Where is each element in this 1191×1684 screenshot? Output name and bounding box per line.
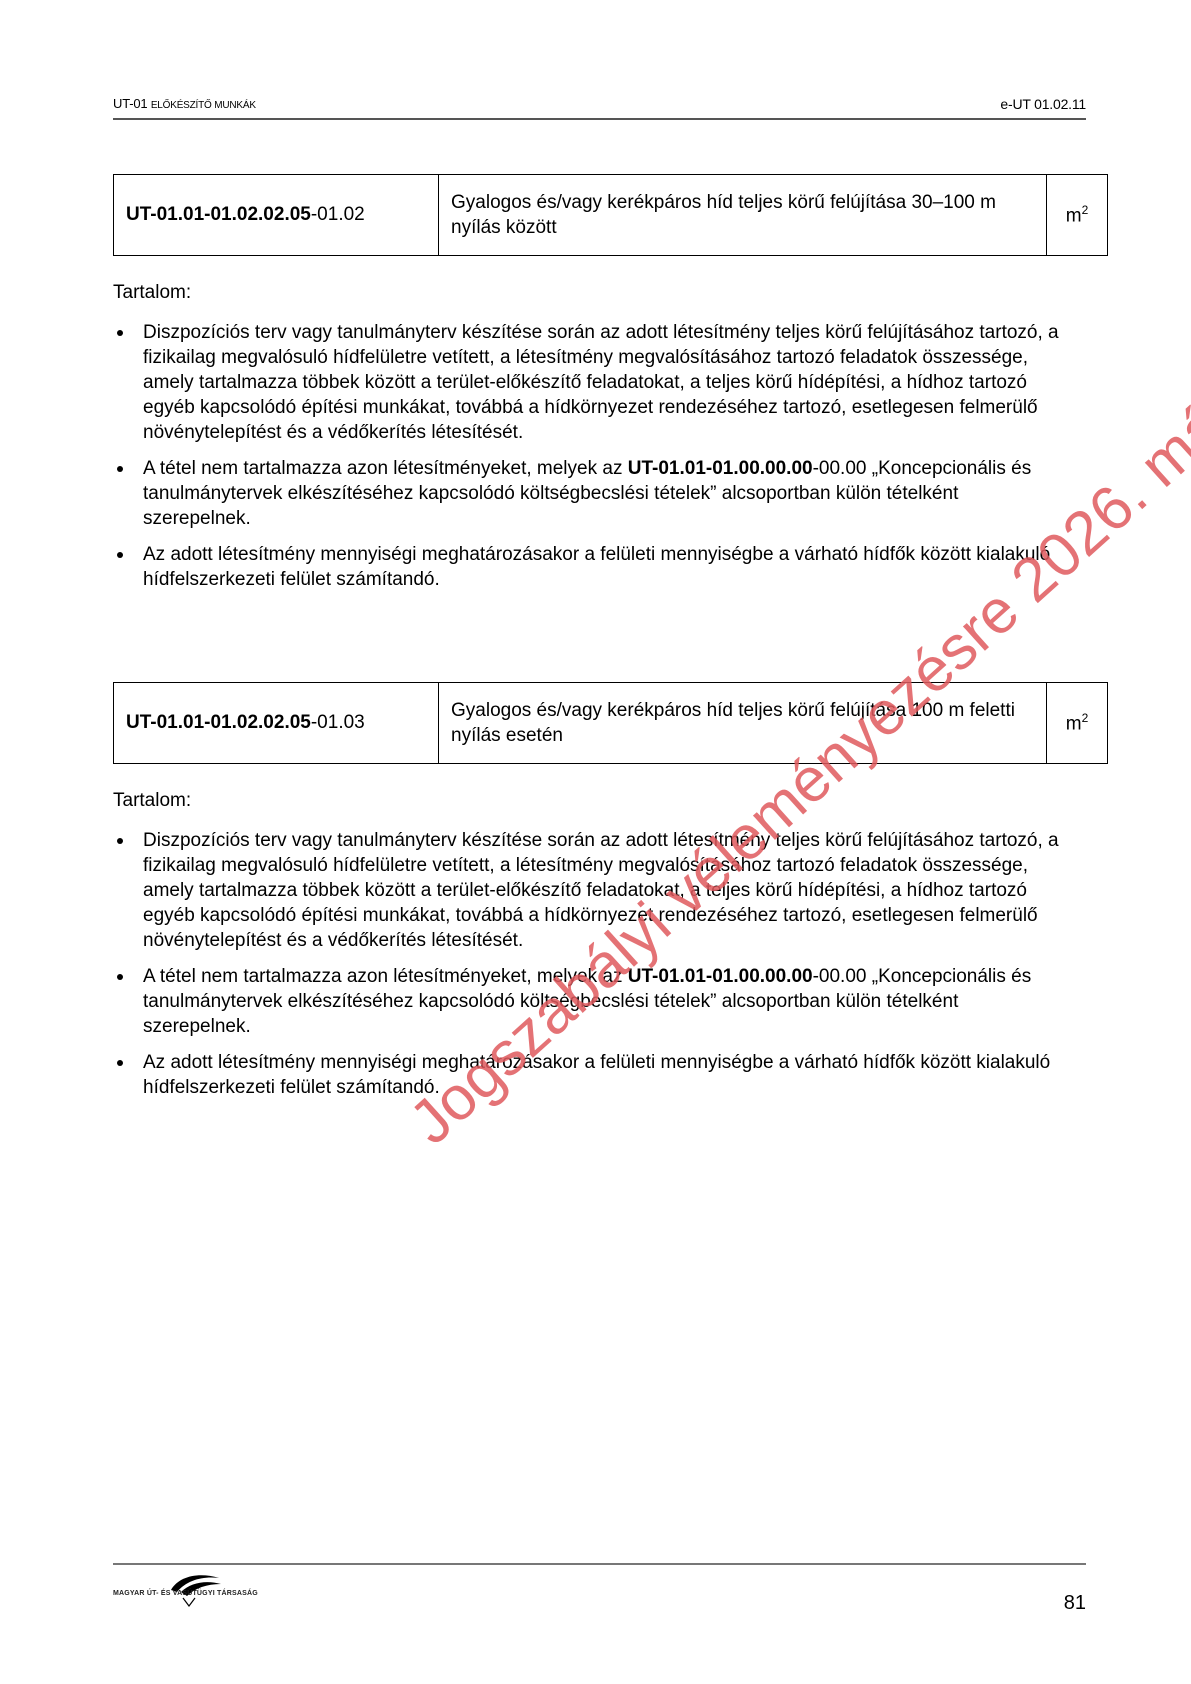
logo-text: MAGYAR ÚT- ÉS VASÚTÜGYI TÁRSASÁG <box>113 1590 258 1597</box>
bullet-code: UT-01.01-01.00.00.00 <box>628 966 813 987</box>
item-unit: m2 <box>1047 683 1108 764</box>
item-code: UT-01.01-01.02.02.05-01.03 <box>114 683 439 764</box>
item-description: Gyalogos és/vagy kerékpáros híd teljes k… <box>439 683 1047 764</box>
header-prefix: UT-01 <box>113 96 151 111</box>
bullet-text: A tétel nem tartalmazza azon létesítmény… <box>143 966 628 987</box>
item-code-bold: UT-01.01-01.02.02.05 <box>126 204 311 225</box>
unit-exponent: 2 <box>1082 711 1089 725</box>
content-bullets-2: Diszpozíciós terv vagy tanulmányterv kés… <box>113 828 1063 1111</box>
bullet-item: A tétel nem tartalmazza azon létesítmény… <box>113 456 1063 531</box>
bullet-item: Diszpozíciós terv vagy tanulmányterv kés… <box>113 828 1063 953</box>
header-smallcaps: ELŐKÉSZÍTŐ MUNKÁK <box>151 100 256 111</box>
bullet-text: Az adott létesítmény mennyiségi meghatár… <box>143 1052 1050 1098</box>
item-code-suffix: -01.03 <box>311 712 365 733</box>
content-label: Tartalom: <box>113 282 191 304</box>
header-doc-id: e-UT 01.02.11 <box>1000 96 1086 112</box>
unit-exponent: 2 <box>1082 203 1089 217</box>
unit-base: m <box>1066 205 1082 226</box>
item-table-2: UT-01.01-01.02.02.05-01.03 Gyalogos és/v… <box>113 682 1108 764</box>
bullet-text: A tétel nem tartalmazza azon létesítmény… <box>143 458 628 479</box>
bullet-item: Az adott létesítmény mennyiségi meghatár… <box>113 542 1063 592</box>
bullet-text: Diszpozíciós terv vagy tanulmányterv kés… <box>143 830 1059 951</box>
item-code-suffix: -01.02 <box>311 204 365 225</box>
item-unit: m2 <box>1047 175 1108 256</box>
content-bullets-1: Diszpozíciós terv vagy tanulmányterv kés… <box>113 320 1063 603</box>
society-logo: MAGYAR ÚT- ÉS VASÚTÜGYI TÁRSASÁG <box>113 1572 293 1612</box>
unit-base: m <box>1066 713 1082 734</box>
content-label: Tartalom: <box>113 790 191 812</box>
bullet-item: Az adott létesítmény mennyiségi meghatár… <box>113 1050 1063 1100</box>
header-section-title: UT-01 ELŐKÉSZÍTŐ MUNKÁK <box>113 96 256 111</box>
document-page: UT-01 ELŐKÉSZÍTŐ MUNKÁK e-UT 01.02.11 UT… <box>0 0 1191 1684</box>
item-description: Gyalogos és/vagy kerékpáros híd teljes k… <box>439 175 1047 256</box>
page-number: 81 <box>1064 1592 1086 1615</box>
bullet-item: Diszpozíciós terv vagy tanulmányterv kés… <box>113 320 1063 445</box>
item-code: UT-01.01-01.02.02.05-01.02 <box>114 175 439 256</box>
page-header: UT-01 ELŐKÉSZÍTŐ MUNKÁK e-UT 01.02.11 <box>113 96 1086 120</box>
bullet-code: UT-01.01-01.00.00.00 <box>628 458 813 479</box>
bullet-item: A tétel nem tartalmazza azon létesítmény… <box>113 964 1063 1039</box>
bullet-text: Az adott létesítmény mennyiségi meghatár… <box>143 544 1050 590</box>
item-code-bold: UT-01.01-01.02.02.05 <box>126 712 311 733</box>
footer-divider <box>113 1563 1086 1565</box>
item-table-1: UT-01.01-01.02.02.05-01.02 Gyalogos és/v… <box>113 174 1108 256</box>
bullet-text: Diszpozíciós terv vagy tanulmányterv kés… <box>143 322 1059 443</box>
